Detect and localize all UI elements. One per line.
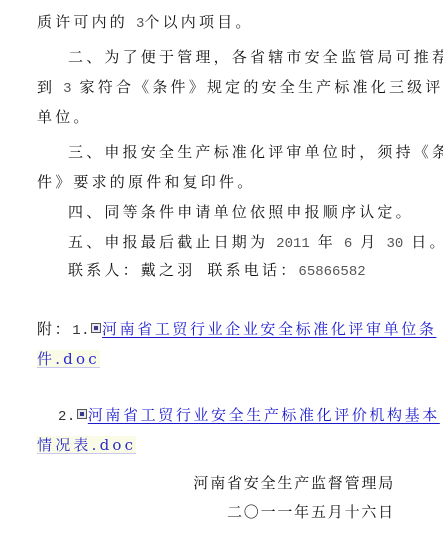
text: 到 [37,78,63,96]
signature-date: 二〇一一年五月十六日 [227,503,395,521]
text: 年 [310,233,344,251]
doc-file-icon [77,409,87,419]
attachment-link-2-tail[interactable]: 情况表.doc [37,436,136,454]
attachment-link-1[interactable]: 河南省工贸行业企业安全标准化评审单位条 [102,320,436,338]
attachment-1-tail[interactable]: 件.doc [37,350,100,368]
text: 日。 [403,233,443,251]
attachment-1: 附：1.河南省工贸行业企业安全标准化评审单位条 [37,320,436,340]
contact-line: 联系人：戴之羽联系电话：65866582 [68,261,366,281]
paragraph-item-5: 五、申报最后截止日期为 2011 年 6 月 30 日。 [68,233,443,253]
paragraph-continuation: 质许可内的 3个以内项目。 [37,13,254,33]
attachment-2: 2.河南省工贸行业安全生产标准化评价机构基本 [58,406,440,426]
attachment-index: 1. [72,323,90,339]
phone-number: 65866582 [298,264,365,280]
attachment-link-2[interactable]: 河南省工贸行业安全生产标准化评价机构基本 [88,406,440,424]
text: 二、为了便于管理，各省辖市安全监管局可推荐 [68,48,443,66]
attachment-link-1-tail[interactable]: 件.doc [37,350,100,368]
number: 3 [63,81,71,97]
day: 30 [386,236,403,252]
attachment-index: 2. [58,409,76,425]
text: 家符合《条件》规定的安全生产标准化三级评审 [72,78,443,96]
doc-file-icon [91,323,101,333]
text: 月 [352,233,386,251]
phone-label: 联系电话： [207,261,298,279]
text: 质许可内的 [37,13,136,31]
year: 2011 [276,236,310,252]
paragraph-item-3-line1: 三、申报安全生产标准化评审单位时，须持《条 [68,143,443,161]
signature-organization: 河南省安全生产监督管理局 [193,474,395,492]
paragraph-item-2-line1: 二、为了便于管理，各省辖市安全监管局可推荐 2 [68,48,443,68]
contact-person: 联系人：戴之羽 [68,261,195,279]
attachment-2-tail[interactable]: 情况表.doc [37,436,136,454]
paragraph-item-4: 四、同等条件申请单位依照申报顺序认定。 [68,203,414,221]
paragraph-item-2-line3: 单位。 [37,108,92,126]
attachments-label: 附： [37,320,72,338]
text: 个以内项目。 [144,13,253,31]
text: 五、申报最后截止日期为 [68,233,276,251]
paragraph-item-3-line2: 件》要求的原件和复印件。 [37,173,255,191]
paragraph-item-2-line2: 到 3 家符合《条件》规定的安全生产标准化三级评审 [37,78,443,98]
